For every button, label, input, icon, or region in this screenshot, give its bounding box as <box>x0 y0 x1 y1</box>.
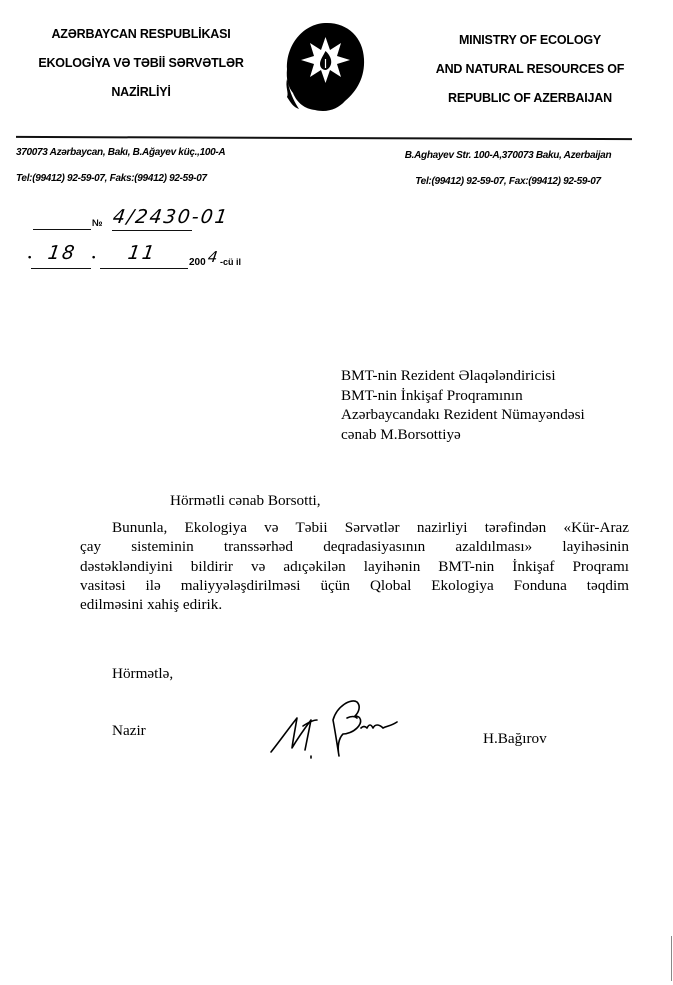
emblem-icon <box>283 17 368 117</box>
body-line: çay sisteminin transsərhəd deqradasiyası… <box>80 537 629 556</box>
recipient-line: cənab M.Borsottiyə <box>341 425 585 445</box>
letterhead-left-line: EKOLOGİYA VƏ TƏBİİ SƏRVƏTLƏR <box>10 49 272 78</box>
date-quote-close: • <box>92 252 95 263</box>
number-underline <box>112 230 192 231</box>
reference-number: 4/2430-01 <box>111 206 230 228</box>
body-line: Bununla, Ekologiya və Təbii Sərvətlər na… <box>112 518 629 537</box>
letter-body: Bununla, Ekologiya və Təbii Sərvətlər na… <box>112 518 629 614</box>
body-line: vasitəsi ilə maliyyələşdirilməsi üçün Ql… <box>80 576 629 595</box>
letterhead-right-line: MINISTRY OF ECOLOGY <box>405 26 655 55</box>
date-day: 18 <box>46 242 77 264</box>
salutation: Hörmətli cənab Borsotti, <box>170 492 321 510</box>
date-year-prefix: 200 <box>189 257 206 268</box>
signatory-name: H.Bağırov <box>483 730 547 748</box>
date-month: 11 <box>126 242 157 264</box>
blank-line <box>33 229 91 230</box>
date-suffix: -cü il <box>220 257 241 267</box>
body-line: edilməsini xahiş edirik. <box>80 595 629 614</box>
recipient-line: BMT-nin Rezident Əlaqələndiricisi <box>341 366 585 386</box>
signatory-title: Nazir <box>112 722 146 740</box>
day-underline <box>31 268 91 269</box>
scan-edge-mark <box>671 936 672 981</box>
letterhead-azerbaijani: AZƏRBAYCAN RESPUBLİKASI EKOLOGİYA VƏ TƏB… <box>10 20 272 107</box>
address-line: B.Aghayev Str. 100-A,370073 Baku, Azerba… <box>390 143 626 169</box>
address-azerbaijani: 370073 Azərbaycan, Bakı, B.Ağayev küç.,1… <box>16 140 225 192</box>
letterhead-right-line: REPUBLIC OF AZERBAIJAN <box>405 84 655 113</box>
letterhead-left-line: NAZİRLİYİ <box>10 78 272 107</box>
letterhead-left-line: AZƏRBAYCAN RESPUBLİKASI <box>10 20 272 49</box>
number-label: № <box>92 218 103 229</box>
address-line: 370073 Azərbaycan, Bakı, B.Ağayev küç.,1… <box>16 140 225 166</box>
phone-line: Tel:(99412) 92-59-07, Fax:(99412) 92-59-… <box>390 169 626 195</box>
body-line: dəstəkləndiyini bildirir və adıçəkilən l… <box>80 557 629 576</box>
letterhead-right-line: AND NATURAL RESOURCES OF <box>405 55 655 84</box>
recipient-line: BMT-nin İnkişaf Proqramının <box>341 386 585 406</box>
date-year-hand: 4 <box>207 248 221 266</box>
recipient-block: BMT-nin Rezident Əlaqələndiricisi BMT-ni… <box>341 366 585 444</box>
reference-block: № 4/2430-01 • 18 • 11 200 4 -cü il <box>28 208 318 278</box>
recipient-line: Azərbaycandakı Rezident Nümayəndəsi <box>341 405 585 425</box>
signature-icon <box>265 690 415 770</box>
letterhead-english: MINISTRY OF ECOLOGY AND NATURAL RESOURCE… <box>405 26 655 113</box>
address-english: B.Aghayev Str. 100-A,370073 Baku, Azerba… <box>390 143 626 195</box>
closing: Hörmətlə, <box>112 665 173 683</box>
phone-line: Tel:(99412) 92-59-07, Faks:(99412) 92-59… <box>16 166 225 192</box>
month-underline <box>100 268 188 269</box>
date-quote-open: • <box>28 252 31 263</box>
